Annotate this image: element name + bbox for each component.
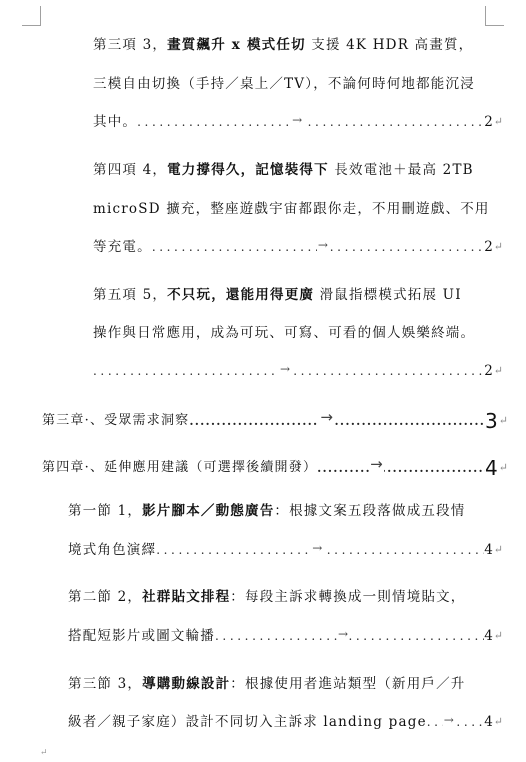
- section-prefix: 第二節 2，: [68, 589, 142, 605]
- page-number: 2: [484, 359, 493, 383]
- item-text: 滑鼠指標模式拓展 UI: [314, 287, 462, 303]
- page-number: 2: [484, 110, 493, 134]
- paragraph-mark-icon: ↵: [494, 235, 503, 259]
- chapter-prefix: 第三章: [42, 409, 85, 433]
- toc-section-1-line-1[interactable]: 第一節 1，影片腳本／動態廣告：根據文案五段落做成五段情: [68, 499, 466, 523]
- item-text: 長效電池＋最高 2TB: [329, 162, 474, 178]
- section-text: ：每段主訴求轉換成一則情境貼文，: [230, 589, 465, 605]
- toc-item-4-line-2[interactable]: microSD 擴充，整座遊戲宇宙都跟你走，不用刪遊戲、不用: [93, 197, 490, 221]
- item-text: 三模自由切換（手持／桌上／TV），不論何時何地都能沉浸: [93, 76, 475, 92]
- item-text: 等充電。: [93, 235, 152, 259]
- dot-leader: ........................................…: [427, 710, 484, 734]
- section-bold-title: 導購動線設計: [142, 676, 230, 692]
- item-prefix: 第五項 5，: [93, 287, 167, 303]
- toc-section-2-leader-row[interactable]: 搭配短影片或圖文輪播 .............................…: [68, 624, 503, 648]
- toc-item-4-line-1[interactable]: 第四項 4，電力撐得久，記憶裝得下 長效電池＋最高 2TB: [93, 158, 474, 182]
- section-text: ：根據文案五段落做成五段情: [274, 503, 465, 519]
- toc-item-5-leader-row[interactable]: ........................................…: [93, 359, 503, 383]
- item-prefix: 第四項 4，: [93, 162, 167, 178]
- paragraph-mark-icon: ↵: [494, 710, 503, 734]
- dot-leader: ........................................…: [317, 456, 485, 480]
- page-number: 4: [484, 538, 493, 562]
- document-page[interactable]: 第三項 3，畫質飆升 x 模式任切 支援 4K HDR 高畫質， 三模自由切換（…: [0, 0, 526, 762]
- page-number: 4: [484, 624, 493, 648]
- crop-mark-top-right: [485, 6, 504, 26]
- toc-item-4-leader-row[interactable]: 等充電。 ...................................…: [93, 235, 503, 259]
- toc-chapter-3[interactable]: 第三章·、受眾需求洞察 ............................…: [42, 409, 508, 433]
- tab-arrow-icon: →: [443, 710, 455, 732]
- item-text: microSD 擴充，整座遊戲宇宙都跟你走，不用刪遊戲、不用: [93, 201, 490, 217]
- chapter-title: 、延伸應用建議（可選擇後續開發）: [90, 456, 317, 480]
- toc-item-3-line-1[interactable]: 第三項 3，畫質飆升 x 模式任切 支援 4K HDR 高畫質，: [93, 33, 473, 57]
- section-prefix: 第三節 3，: [68, 676, 142, 692]
- tab-arrow-icon: →: [319, 409, 334, 429]
- section-bold-title: 社群貼文排程: [142, 589, 230, 605]
- section-text: 級者／親子家庭）設計不同切入主訴求 landing page: [68, 710, 427, 734]
- dot-leader: ........................................…: [137, 110, 484, 134]
- paragraph-mark-icon: ↵: [494, 624, 503, 648]
- paragraph-mark-icon: ↵: [494, 538, 503, 562]
- tab-arrow-icon: →: [279, 359, 291, 381]
- tab-arrow-icon: →: [369, 456, 384, 476]
- toc-section-1-leader-row[interactable]: 境式角色演繹 .................................…: [68, 538, 503, 562]
- paragraph-mark-icon: ↵: [499, 456, 508, 480]
- dot-leader: ........................................…: [189, 409, 485, 433]
- item-text: 支援 4K HDR 高畫質，: [306, 37, 474, 53]
- dot-leader: ........................................…: [152, 235, 484, 259]
- toc-item-3-leader-row[interactable]: 其中。 ....................................…: [93, 110, 503, 134]
- page-number: 2: [484, 235, 493, 259]
- end-paragraph-mark-icon: ↵: [40, 748, 48, 758]
- toc-section-3-line-1[interactable]: 第三節 3，導購動線設計：根據使用者進站類型（新用戶／升: [68, 672, 466, 696]
- toc-item-5-line-1[interactable]: 第五項 5，不只玩，還能用得更廣 滑鼠指標模式拓展 UI: [93, 283, 462, 307]
- item-bold-title: 不只玩，還能用得更廣: [167, 287, 314, 303]
- toc-section-3-leader-row[interactable]: 級者／親子家庭）設計不同切入主訴求 landing page .........…: [68, 710, 503, 734]
- toc-section-2-line-1[interactable]: 第二節 2，社群貼文排程：每段主訴求轉換成一則情境貼文，: [68, 585, 466, 609]
- tab-arrow-icon: →: [291, 110, 303, 132]
- tab-arrow-icon: →: [337, 624, 349, 646]
- page-number: 4: [485, 456, 498, 480]
- dot-leader: ........................................…: [93, 359, 484, 383]
- section-text: ：根據使用者進站類型（新用戶／升: [230, 676, 465, 692]
- item-prefix: 第三項 3，: [93, 37, 167, 53]
- toc-item-3-line-2[interactable]: 三模自由切換（手持／桌上／TV），不論何時何地都能沉浸: [93, 72, 475, 96]
- paragraph-mark-icon: ↵: [494, 359, 503, 383]
- item-text: 操作與日常應用，成為可玩、可寫、可看的個人娛樂終端。: [93, 325, 475, 341]
- dot-leader: ........................................…: [215, 624, 484, 648]
- crop-mark-top-left: [22, 6, 41, 26]
- page-number: 4: [484, 710, 493, 734]
- tab-arrow-icon: →: [311, 538, 323, 560]
- toc-item-5-line-2[interactable]: 操作與日常應用，成為可玩、可寫、可看的個人娛樂終端。: [93, 321, 475, 345]
- item-bold-title: 電力撐得久，記憶裝得下: [167, 162, 329, 178]
- section-prefix: 第一節 1，: [68, 503, 142, 519]
- toc-chapter-4[interactable]: 第四章·、延伸應用建議（可選擇後續開發） ...................…: [42, 456, 508, 480]
- dot-leader: ........................................…: [156, 538, 484, 562]
- chapter-title: 、受眾需求洞察: [90, 409, 189, 433]
- page-number: 3: [485, 409, 498, 433]
- chapter-prefix: 第四章: [42, 456, 85, 480]
- section-text: 境式角色演繹: [68, 538, 156, 562]
- section-bold-title: 影片腳本／動態廣告: [142, 503, 274, 519]
- item-text: 其中。: [93, 110, 137, 134]
- paragraph-mark-icon: ↵: [494, 110, 503, 134]
- paragraph-mark-icon: ↵: [499, 409, 508, 433]
- item-bold-title: 畫質飆升 x 模式任切: [167, 37, 306, 53]
- section-text: 搭配短影片或圖文輪播: [68, 624, 215, 648]
- tab-arrow-icon: →: [317, 235, 329, 257]
